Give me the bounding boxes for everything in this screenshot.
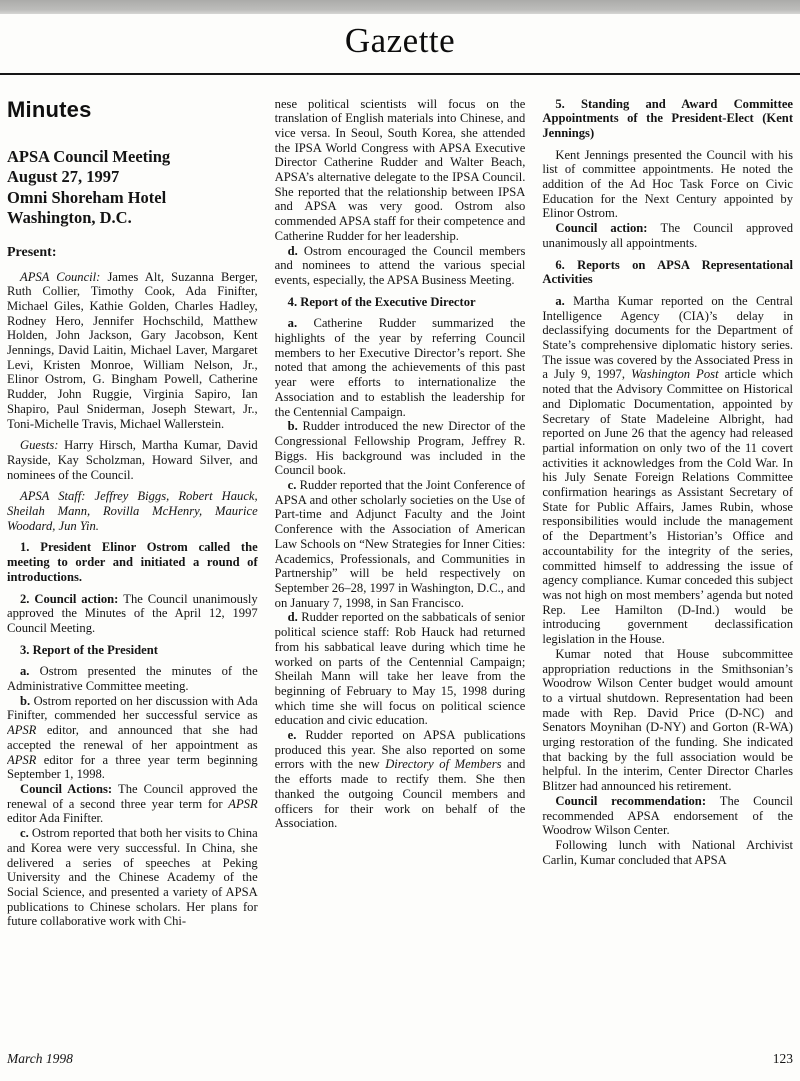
paragraph: c. Rudder reported that the Joint Confer… <box>275 478 526 610</box>
text-segment: c. <box>20 826 32 840</box>
paragraph: Council Actions: The Council approved th… <box>7 782 258 826</box>
text-segment: editor, and announced that she had accep… <box>7 723 258 752</box>
paragraph: Kumar noted that House subcommittee appr… <box>542 647 793 794</box>
paragraph: 6. Reports on APSA Representational Acti… <box>542 258 793 287</box>
paragraph: 3. Report of the President <box>7 643 258 658</box>
text-segment: James Alt, Suzanna Berger, Ruth Collier,… <box>7 270 258 431</box>
text-segment: d. <box>288 610 302 624</box>
paragraph: e. Rudder reported on APSA publications … <box>275 728 526 831</box>
text-segment: 2. Council action: <box>20 592 123 606</box>
text-segment: 6. Reports on APSA Representational Acti… <box>542 258 793 287</box>
meeting-title-line: Omni Shoreham Hotel <box>7 188 258 209</box>
article-columns: MinutesAPSA Council MeetingAugust 27, 19… <box>0 75 800 1052</box>
text-segment: Minutes <box>7 97 92 122</box>
text-segment: d. <box>288 244 304 258</box>
text-segment: Rudder reported that the Joint Conferenc… <box>275 478 526 610</box>
text-segment: APSA Staff: Jeffrey Biggs, Robert Hauck,… <box>7 489 258 532</box>
footer-page-number: 123 <box>773 1051 793 1067</box>
text-segment: Kumar noted that House subcommittee appr… <box>542 647 793 793</box>
scan-top-bar <box>0 0 800 14</box>
text-segment: Guests: <box>20 438 64 452</box>
meeting-title: APSA Council MeetingAugust 27, 1997Omni … <box>7 147 258 229</box>
paragraph: 1. President Elinor Ostrom called the me… <box>7 540 258 584</box>
paragraph: Guests: Harry Hirsch, Martha Kumar, Davi… <box>7 438 258 482</box>
text-segment: APSR <box>228 797 257 811</box>
paragraph: Kent Jennings presented the Council with… <box>542 148 793 222</box>
text-segment: Council action: <box>555 221 660 235</box>
paragraph: a. Catherine Rudder summarized the highl… <box>275 316 526 419</box>
text-segment: a. <box>555 294 573 308</box>
paragraph: c. Ostrom reported that both her visits … <box>7 826 258 929</box>
column-1: MinutesAPSA Council MeetingAugust 27, 19… <box>7 97 258 1002</box>
column-3: 5. Standing and Award Committee Appointm… <box>542 97 793 1002</box>
text-segment: Kent Jennings presented the Council with… <box>542 148 793 221</box>
text-segment: Ostrom presented the minutes of the Admi… <box>7 664 258 693</box>
text-segment: e. <box>288 728 306 742</box>
text-segment: nese political scientists will focus on … <box>275 97 526 243</box>
text-segment: a. <box>20 664 40 678</box>
paragraph: Council action: The Council approved una… <box>542 221 793 250</box>
text-segment: c. <box>288 478 300 492</box>
paragraph: 2. Council action: The Council unanimous… <box>7 592 258 636</box>
text-segment: Council Actions: <box>20 782 118 796</box>
text-segment: article which noted that the Advisory Co… <box>542 367 793 646</box>
text-segment: Rudder reported on the sabbaticals of se… <box>275 610 526 727</box>
meeting-title-line: August 27, 1997 <box>7 167 258 188</box>
text-segment: 3. Report of the President <box>20 643 158 657</box>
paragraph: b. Ostrom reported on her discussion wit… <box>7 694 258 782</box>
text-segment: APSA Council: <box>20 270 108 284</box>
present-heading: Present: <box>7 245 258 261</box>
paragraph: a. Martha Kumar reported on the Central … <box>542 294 793 647</box>
text-segment: APSR <box>7 753 36 767</box>
paragraph: b. Rudder introduced the new Director of… <box>275 419 526 478</box>
paragraph: 5. Standing and Award Committee Appointm… <box>542 97 793 141</box>
text-segment: Council recommendation: <box>555 794 719 808</box>
text-segment: Ostrom reported that both her visits to … <box>7 826 258 928</box>
paragraph: d. Rudder reported on the sabbaticals of… <box>275 610 526 728</box>
text-segment: Washington Post <box>631 367 719 381</box>
text-segment: Present: <box>7 245 57 260</box>
text-segment: b. <box>288 419 303 433</box>
page-footer: March 1998 123 <box>0 1051 800 1081</box>
column-2: nese political scientists will focus on … <box>275 97 526 1002</box>
minutes-heading: Minutes <box>7 97 258 123</box>
meeting-title-line: APSA Council Meeting <box>7 147 258 168</box>
text-segment: Rudder introduced the new Director of th… <box>275 419 526 477</box>
text-segment: Directory of Members <box>385 757 501 771</box>
text-segment: editor for a three year term beginning S… <box>7 753 258 782</box>
text-segment: 4. Report of the Executive Director <box>288 295 476 309</box>
paragraph: 4. Report of the Executive Director <box>275 295 526 310</box>
paragraph: Council recommendation: The Council reco… <box>542 794 793 838</box>
text-segment: 5. Standing and Award Committee Appointm… <box>542 97 793 140</box>
footer-issue-date: March 1998 <box>7 1051 73 1067</box>
text-segment: Catherine Rudder summarized the highligh… <box>275 316 526 418</box>
text-segment: b. <box>20 694 34 708</box>
masthead: Gazette <box>0 14 800 75</box>
text-segment: 1. President Elinor Ostrom called the me… <box>7 540 258 583</box>
meeting-title-line: Washington, D.C. <box>7 208 258 229</box>
paragraph: Following lunch with National Archivist … <box>542 838 793 867</box>
page-title: Gazette <box>0 22 800 61</box>
paragraph: APSA Staff: Jeffrey Biggs, Robert Hauck,… <box>7 489 258 533</box>
paragraph: APSA Council: James Alt, Suzanna Berger,… <box>7 270 258 432</box>
text-segment: editor Ada Finifter. <box>7 811 103 825</box>
paragraph: d. Ostrom encouraged the Council members… <box>275 244 526 288</box>
paragraph: a. Ostrom presented the minutes of the A… <box>7 664 258 693</box>
text-segment: APSR <box>7 723 36 737</box>
paragraph: nese political scientists will focus on … <box>275 97 526 244</box>
text-segment: a. <box>288 316 314 330</box>
text-segment: Ostrom reported on her discussion with A… <box>7 694 258 723</box>
text-segment: Following lunch with National Archivist … <box>542 838 793 867</box>
text-segment: Ostrom encouraged the Council members an… <box>275 244 526 287</box>
